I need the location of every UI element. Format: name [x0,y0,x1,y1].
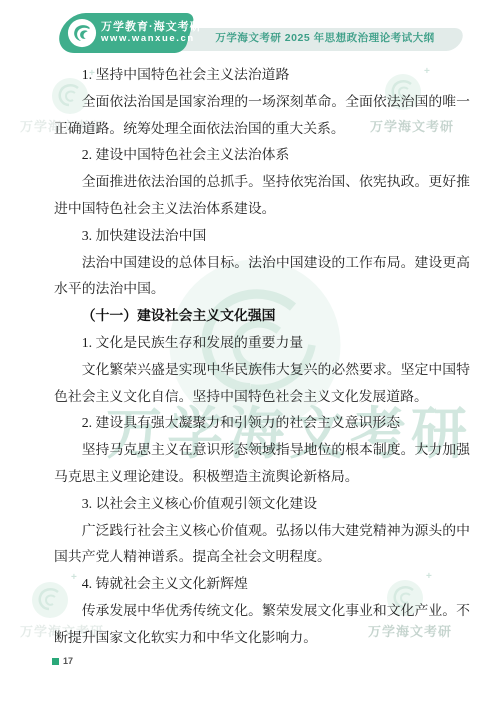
brand-name: 万学教育·海文考研 [101,18,202,34]
header-banner-title: 万学海文考研 2025 年思想政治理论考试大纲 [185,30,465,45]
page-marker-square [52,658,59,665]
item-title: 2. 建设具有强大凝聚力和引领力的社会主义意识形态 [54,410,470,437]
item-title: 3. 以社会主义核心价值观引领文化建设 [54,491,470,518]
paragraph: 全面推进依法治国的总抓手。坚持依宪治国、依宪执政。更好推进中国特色社会主义法治体… [54,169,470,223]
item-title: 2. 建设中国特色社会主义法治体系 [54,142,470,169]
item-title: 4. 铸就社会主义文化新辉煌 [54,571,470,598]
document-body: 1. 坚持中国特色社会主义法治道路 全面依法治国是国家治理的一场深刻革命。全面依… [54,62,470,652]
document-page: + + 万学海文考研 万学海文考研 万学海文考研 + + 万学海文考研 万学海文… [0,0,500,707]
page-number: 17 [63,656,73,666]
item-title: 3. 加快建设法治中国 [54,223,470,250]
paragraph: 全面依法治国是国家治理的一场深刻革命。全面依法治国的唯一正确道路。统筹处理全面依… [54,89,470,143]
brand-url: www.wanxue.cn [101,33,195,44]
section-title: （十一）建设社会主义文化强国 [54,303,470,330]
page-header: 万学海文考研 2025 年思想政治理论考试大纲 万学教育·海文考研 www.wa… [0,0,500,60]
paragraph: 文化繁荣兴盛是实现中华民族伟大复兴的必然要求。坚定中国特色社会主义文化自信。坚持… [54,357,470,411]
brand-swirl-logo-icon [67,18,97,48]
item-title: 1. 文化是民族生存和发展的重要力量 [54,330,470,357]
paragraph: 传承发展中华优秀传统文化。繁荣发展文化事业和文化产业。不断提升国家文化软实力和中… [54,598,470,652]
page-footer: 17 [52,655,73,667]
item-title: 1. 坚持中国特色社会主义法治道路 [54,62,470,89]
paragraph: 法治中国建设的总体目标。法治中国建设的工作布局。建设更高水平的法治中国。 [54,250,470,304]
paragraph: 坚持马克思主义在意识形态领域指导地位的根本制度。大力加强马克思主义理论建设。积极… [54,437,470,491]
paragraph: 广泛践行社会主义核心价值观。弘扬以伟大建党精神为源头的中国共产党人精神谱系。提高… [54,518,470,572]
